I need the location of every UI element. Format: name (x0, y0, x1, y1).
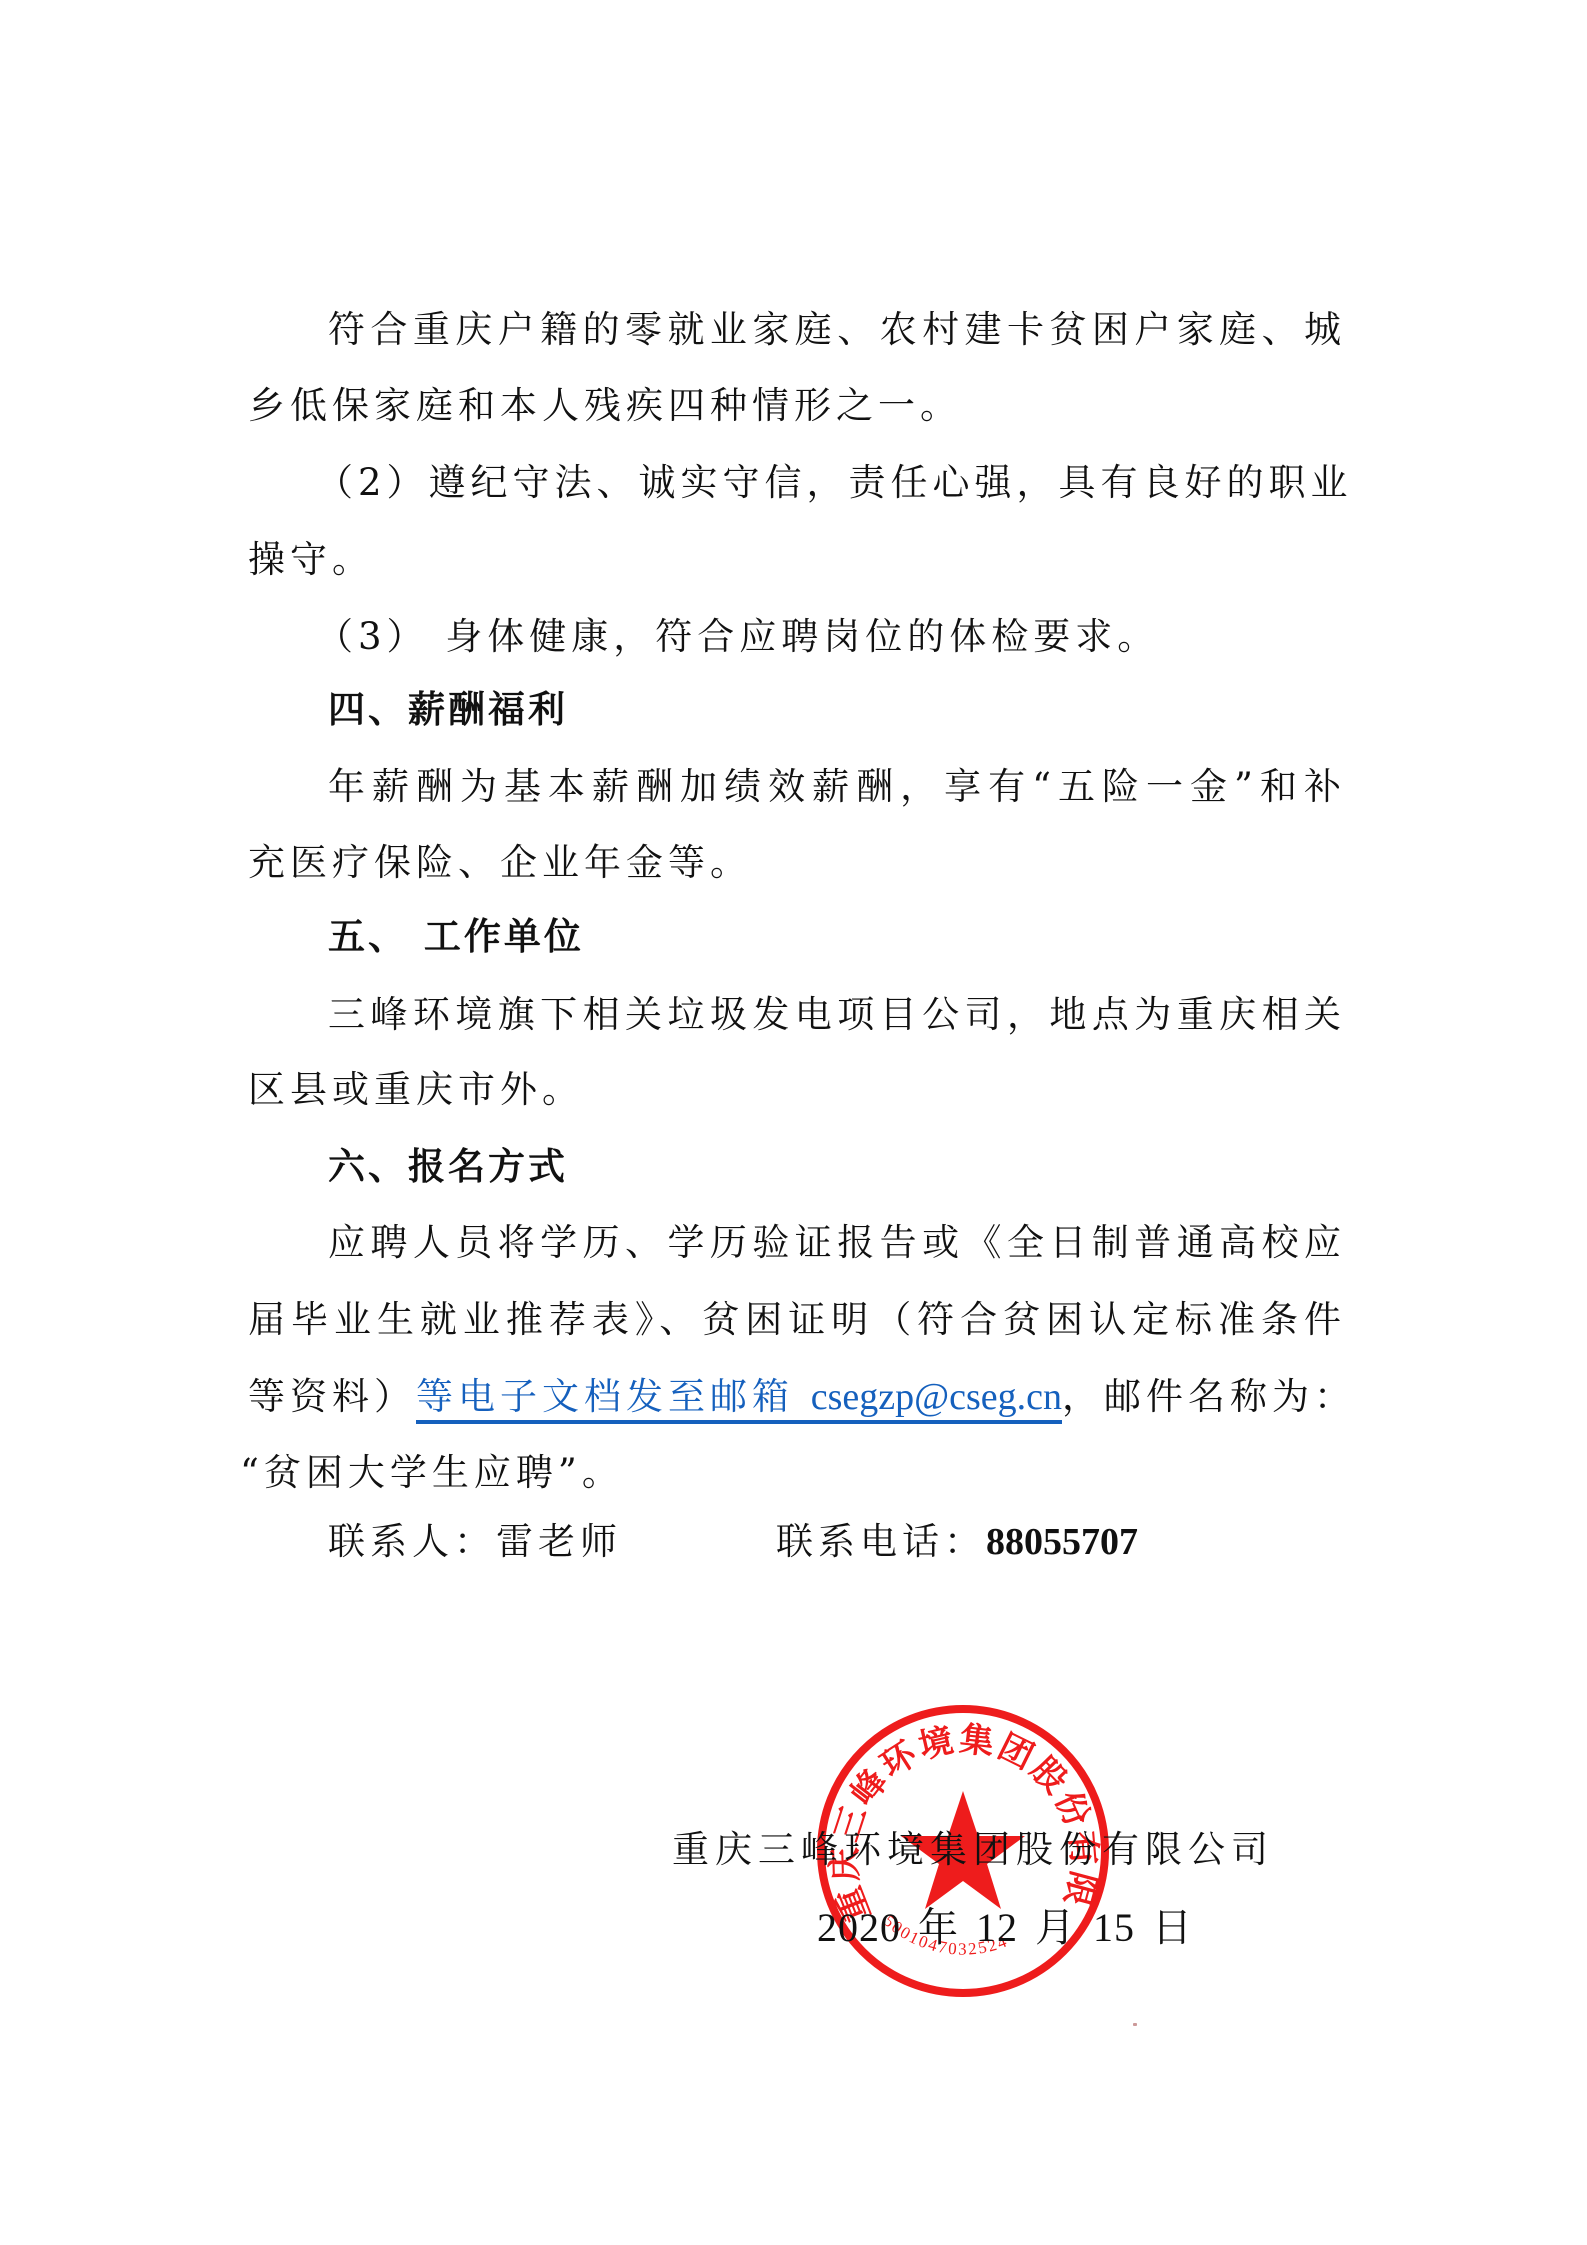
signature-date: 2020 年 12 月 15 日 (817, 1898, 1193, 1958)
paragraph-line: 年薪酬为基本薪酬加绩效薪酬，享有“五险一金”和补 (328, 757, 1346, 817)
contact-phone-label: 联系电话： (776, 1520, 986, 1563)
signature-company: 重庆三峰环境集团股份有限公司 (672, 1820, 1274, 1880)
paragraph-line: 区县或重庆市外。 (248, 1060, 1348, 1120)
contact-person-label: 联系人： (328, 1520, 496, 1563)
paragraph-line: “贫困大学生应聘”。 (240, 1443, 1340, 1503)
email-link-text: 等电子文档发至邮箱 (416, 1375, 811, 1418)
paragraph-line: （2）遵纪守法、诚实守信，责任心强，具有良好的职业 (316, 453, 1346, 513)
email-line-prefix: 等资料） (248, 1375, 416, 1418)
paragraph-line: 操守。 (248, 530, 1348, 590)
section-heading: 四、薪酬福利 (328, 680, 1428, 740)
paragraph-line: （3） 身体健康，符合应聘岗位的体检要求。 (316, 607, 1416, 667)
email-link[interactable]: 等电子文档发至邮箱 csegzp@cseg.cn (416, 1375, 1062, 1424)
email-address: csegzp@cseg.cn (811, 1376, 1062, 1418)
scan-speck (1133, 2023, 1137, 2026)
paragraph-line: 届毕业生就业推荐表》、贫困证明（符合贫困认定标准条件 (248, 1290, 1346, 1350)
email-paragraph-line: 等资料）等电子文档发至邮箱 csegzp@cseg.cn，邮件名称为： (248, 1367, 1348, 1427)
section-heading: 六、报名方式 (328, 1137, 1428, 1197)
paragraph-line: 充医疗保险、企业年金等。 (248, 833, 1348, 893)
section-heading: 五、 工作单位 (328, 907, 1428, 967)
contact-phone: 88055707 (986, 1521, 1138, 1563)
paragraph-line: 三峰环境旗下相关垃圾发电项目公司，地点为重庆相关 (328, 985, 1346, 1045)
contact-person: 雷老师 (496, 1520, 622, 1563)
paragraph-line: 乡低保家庭和本人残疾四种情形之一。 (248, 376, 1348, 436)
paragraph-line: 应聘人员将学历、学历验证报告或《全日制普通高校应 (328, 1213, 1346, 1273)
contact-phone-line: 联系电话：88055707 (776, 1512, 1276, 1572)
paragraph-line: 符合重庆户籍的零就业家庭、农村建卡贫困户家庭、城 (328, 300, 1346, 360)
email-line-suffix: ，邮件名称为： (1062, 1375, 1356, 1418)
